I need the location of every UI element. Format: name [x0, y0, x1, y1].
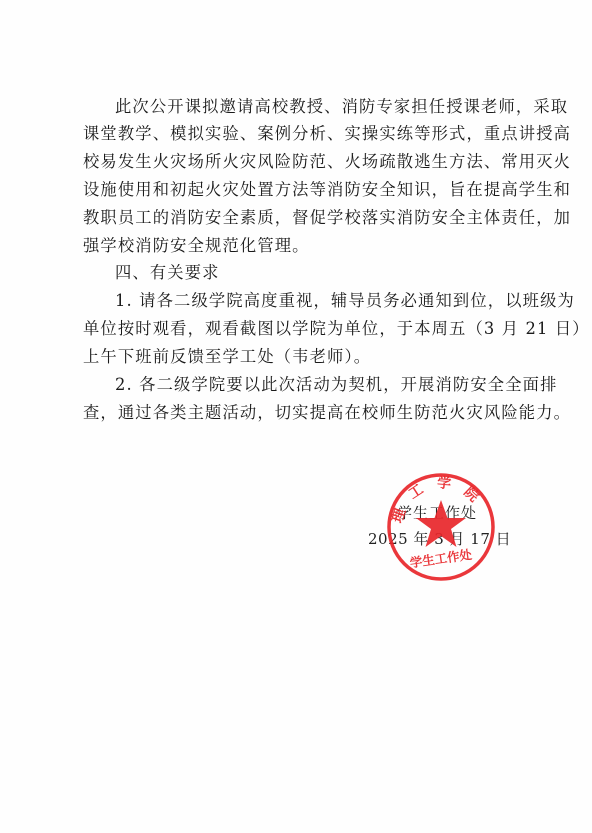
requirement-1-line: 1. 请各二级学院高度重视，辅导员务必通知到位，以班级为 [115, 291, 555, 311]
paragraph-line: 强学校消防安全规范化管理。 [83, 236, 523, 256]
requirement-1-line: 单位按时观看，观看截图以学院为单位，于本周五（3 月 21 日） [83, 319, 523, 339]
document-page: 此次公开课拟邀请高校教授、消防专家担任授课老师，采取 课堂教学、模拟实验、案例分… [0, 0, 592, 833]
requirement-2-line: 查，通过各类主题活动，切实提高在校师生防范火灾风险能力。 [83, 403, 523, 423]
requirement-1-line: 上午下班前反馈至学工处（韦老师）。 [83, 347, 523, 367]
star-icon [416, 500, 466, 547]
stamp-center-text: 学生工作处 [409, 547, 473, 571]
official-seal-stamp: 理 工 学 院 学生工作处 [384, 470, 496, 582]
paragraph-line: 教职员工的消防安全素质，督促学校落实消防安全主体责任，加 [83, 208, 523, 228]
paragraph-line: 此次公开课拟邀请高校教授、消防专家担任授课老师，采取 [115, 97, 555, 117]
paragraph-line: 课堂教学、模拟实验、案例分析、实操实练等形式，重点讲授高 [83, 124, 523, 144]
paragraph-line: 校易发生火灾场所火灾风险防范、火场疏散逃生方法、常用灭火 [83, 152, 523, 172]
requirement-2-line: 2. 各二级学院要以此次活动为契机，开展消防安全全面排 [115, 375, 555, 395]
paragraph-line: 设施使用和初起火灾处置方法等消防安全知识，旨在提高学生和 [83, 180, 523, 200]
section-heading: 四、有关要求 [115, 263, 555, 283]
